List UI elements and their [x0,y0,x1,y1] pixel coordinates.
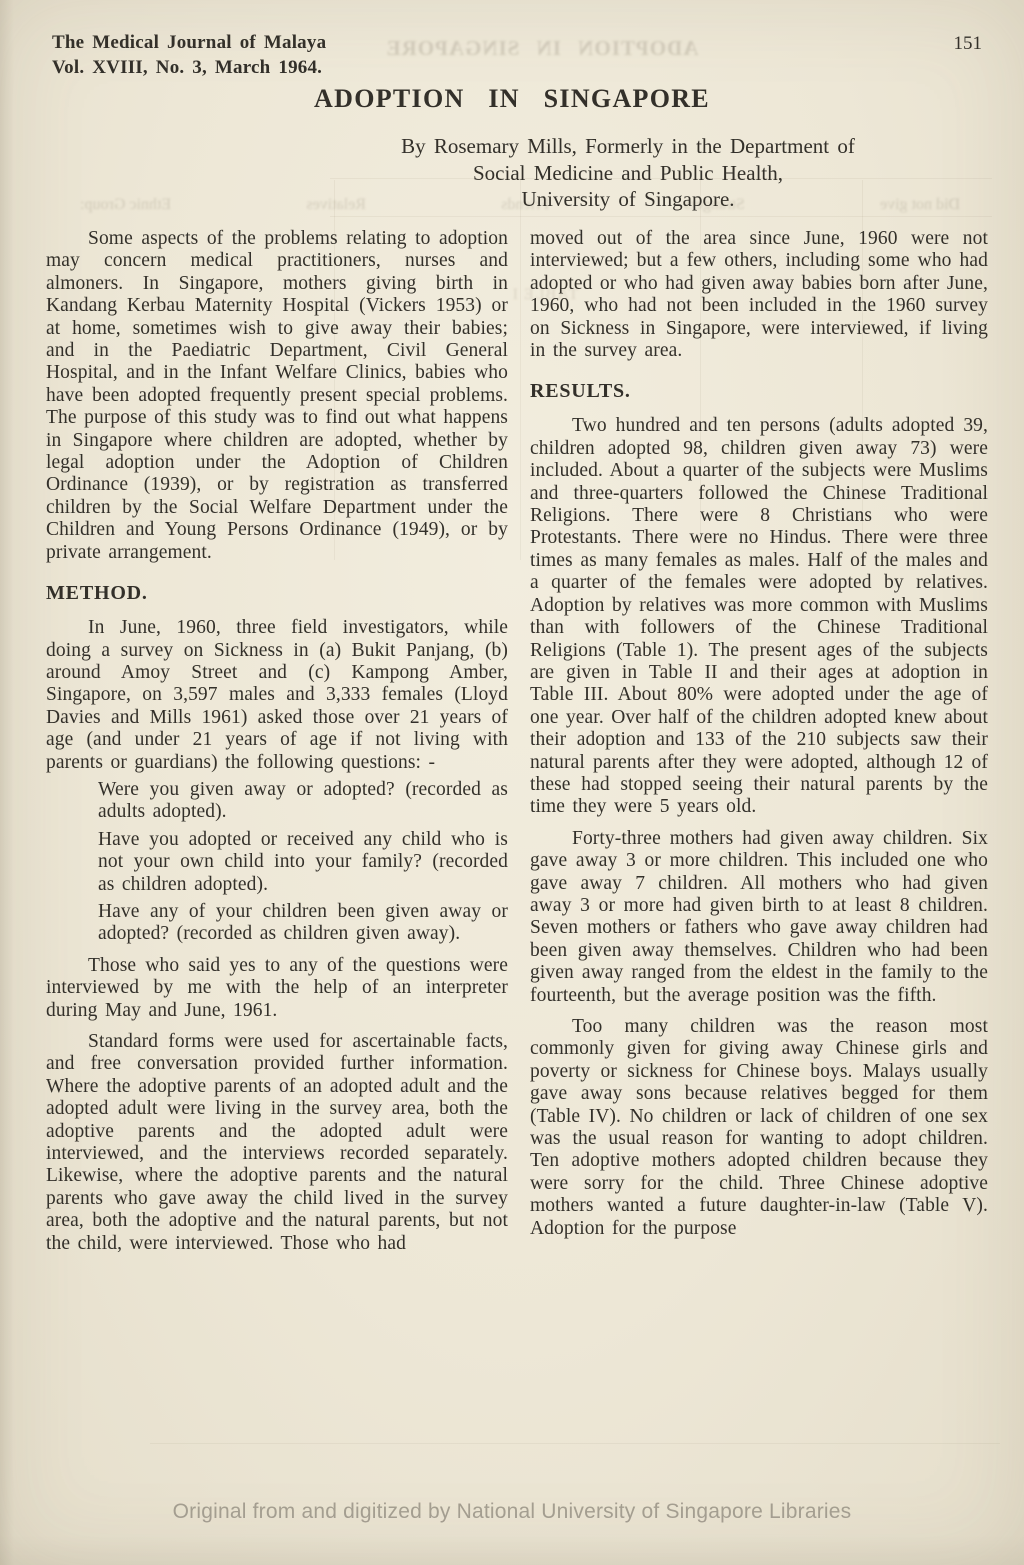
showthrough-rule [520,180,521,560]
digitization-credit: Original from and digitized by National … [0,1500,1024,1524]
journal-name: The Medical Journal of Malaya [52,30,326,55]
showthrough-ghost-title: ADOPTION IN SINGAPORE [352,36,732,61]
author-byline: By Rosemary Mills, Formerly in the Depar… [232,133,1024,213]
survey-question: Have any of your children been given awa… [98,901,508,946]
ghost-col-label: Ethnic Group: [80,196,171,214]
paragraph-results-3: Too many children was the reason most co… [530,1016,988,1240]
paragraph-interviewed: Those who said yes to any of the questio… [46,955,508,1022]
showthrough-rule [330,216,992,217]
method-heading: METHOD. [46,582,508,605]
paragraph-results-1: Two hundred and ten persons (adults adop… [530,415,988,818]
paragraph-forms: Standard forms were used for ascertainab… [46,1031,508,1255]
page-number: 151 [954,33,983,55]
scanned-journal-page: ADOPTION IN SINGAPORE TABLE I Ethnic Gro… [0,0,1024,1565]
survey-question: Were you given away or adopted? (recorde… [98,779,508,824]
left-column: Some aspects of the problems relating to… [46,228,508,1255]
paragraph-continuation: moved out of the area since June, 1960 w… [530,228,988,362]
showthrough-rule [150,1443,1000,1444]
journal-identification: The Medical Journal of Malaya Vol. XVIII… [52,30,326,80]
right-column: moved out of the area since June, 1960 w… [530,228,988,1240]
article-title: ADOPTION IN SINGAPORE [0,84,1024,114]
paragraph-results-2: Forty-three mothers had given away child… [530,828,988,1007]
paragraph-intro: Some aspects of the problems relating to… [46,228,508,564]
byline-line: University of Singapore. [232,186,1024,213]
byline-line: By Rosemary Mills, Formerly in the Depar… [232,133,1024,160]
journal-volume-issue: Vol. XVIII, No. 3, March 1964. [52,55,326,80]
survey-questions-block: Were you given away or adopted? (recorde… [98,779,508,946]
byline-line: Social Medicine and Public Health, [232,160,1024,187]
results-heading: RESULTS. [530,380,988,403]
paragraph-method: In June, 1960, three field investigators… [46,617,508,774]
survey-question: Have you adopted or received any child w… [98,829,508,896]
